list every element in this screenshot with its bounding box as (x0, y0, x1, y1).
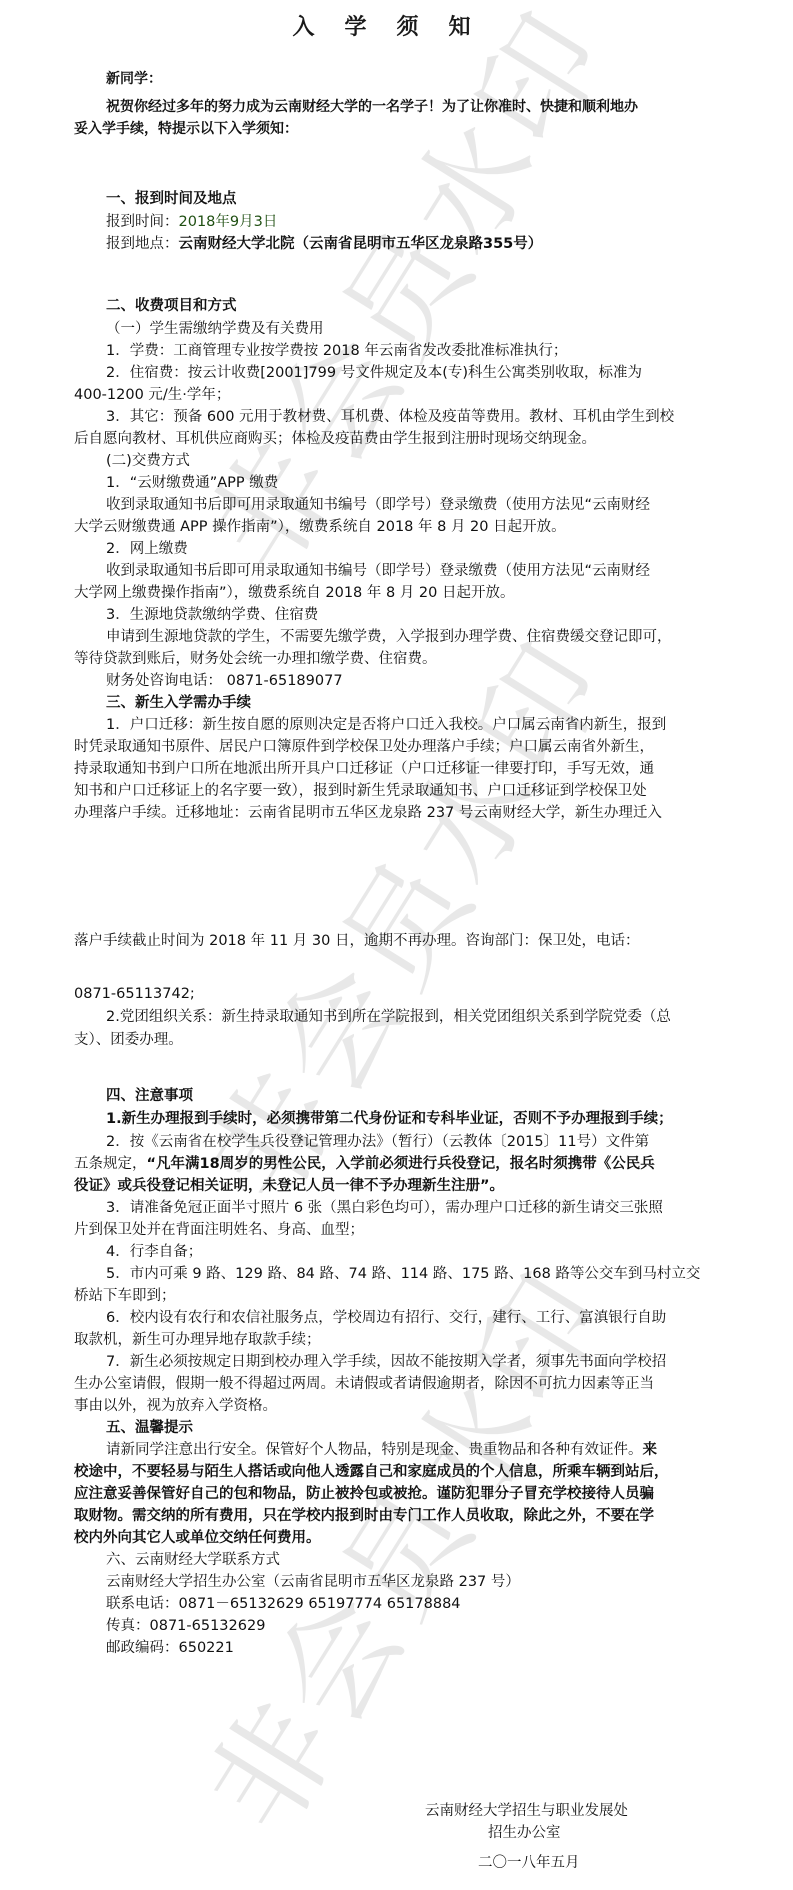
paragraph: 五条规定，“凡年满18周岁的男性公民，入学前必须进行兵役登记，报名时须携带《公民… (74, 1153, 724, 1175)
sub-heading: （一）学生需缴纳学费及有关费用 (106, 318, 756, 340)
emphasis-text: “凡年满18周岁的男性公民，入学前必须进行兵役登记，报名时须携带《公民兵 (147, 1156, 655, 1172)
paragraph: 大学云财缴费通 APP 操作指南”），缴费系统自 2018 年 8 月 20 日… (74, 516, 724, 538)
emphasis-text: 校内外向其它人或单位交纳任何费用。 (74, 1527, 724, 1549)
paragraph: 3．请准备免冠正面半寸照片 6 张（黑白彩色均可），需办理户口迁移的新生请交三张… (106, 1197, 756, 1219)
paragraph: 办理落户手续。迁移地址：云南省昆明市五华区龙泉路 237 号云南财经大学，新生办… (74, 802, 724, 824)
report-place-value: 云南财经大学北院（云南省昆明市五华区龙泉路355号） (179, 236, 543, 252)
emphasis-text: 校途中，不要轻易与陌生人搭话或向他人透露自己和家庭成员的个人信息，所乘车辆到站后… (74, 1461, 724, 1483)
paragraph: 1．“云财缴费通”APP 缴费 (106, 472, 756, 494)
paragraph: 3．其它：预备 600 元用于教材费、耳机费、体检及疫苗等费用。教材、耳机由学生… (106, 406, 756, 428)
intro-line: 祝贺你经过多年的努力成为云南财经大学的一名学子！为了让你准时、快捷和顺利地办 (106, 96, 756, 118)
report-place: 报到地点：云南财经大学北院（云南省昆明市五华区龙泉路355号） (106, 233, 756, 255)
paragraph: 2．住宿费：按云计收费[2001]799 号文件规定及本(专)科生公寓类别收取，… (106, 362, 756, 384)
document-page: 非会员水印 非会员水印 非会员水印 入学须知 新同学： 祝贺你经过多年的努力成为… (0, 0, 793, 1890)
contact-fax: 传真：0871-65132629 (106, 1615, 756, 1637)
paragraph: 持录取通知书到户口所在地派出所开具户口迁移证（户口迁移证一律要打印，手写无效，通 (74, 758, 724, 780)
signature-office: 招生办公室 (488, 1822, 793, 1844)
emphasis-text: 役证》或兵役登记相关证明，未登记人员一律不予办理新生注册”。 (74, 1175, 724, 1197)
paragraph: 2.党团组织关系：新生持录取通知书到所在学院报到，相关党团组织关系到学院党委（总 (106, 1006, 756, 1028)
greeting: 新同学： (106, 68, 756, 90)
text-span: 请新同学注意出行安全。保管好个人物品，特别是现金、贵重物品和各种有效证件。 (106, 1442, 643, 1458)
paragraph: 2．网上缴费 (106, 538, 756, 560)
section-heading: 四、注意事项 (106, 1085, 756, 1107)
section-heading: 五、温馨提示 (106, 1417, 756, 1439)
signature-date: 二〇一八年五月 (478, 1852, 793, 1874)
paragraph: 事由以外，视为放弃入学资格。 (74, 1395, 724, 1417)
paragraph: 取款机，新生可办理异地存取款手续； (74, 1329, 724, 1351)
paragraph: 1．户口迁移：新生按自愿的原则决定是否将户口迁入我校。户口属云南省内新生，报到 (106, 714, 756, 736)
paragraph: 支）、团委办理。 (74, 1029, 724, 1051)
signature-org: 云南财经大学招生与职业发展处 (425, 1800, 793, 1822)
paragraph: 后自愿向教材、耳机供应商购买；体检及疫苗费由学生报到注册时现场交纳现金。 (74, 428, 724, 450)
page-title: 入学须知 (0, 10, 793, 41)
contact-postcode: 邮政编码：650221 (106, 1637, 756, 1659)
paragraph: 收到录取通知书后即可用录取通知书编号（即学号）登录缴费（使用方法见“云南财经 (106, 560, 756, 582)
report-place-label: 报到地点： (106, 236, 179, 252)
contact-phone: 联系电话：0871－65132629 65197774 65178884 (106, 1593, 756, 1615)
paragraph: 收到录取通知书后即可用录取通知书编号（即学号）登录缴费（使用方法见“云南财经 (106, 494, 756, 516)
contact-office: 云南财经大学招生办公室（云南省昆明市五华区龙泉路 237 号） (106, 1571, 756, 1593)
paragraph: 时凭录取通知书原件、居民户口簿原件到学校保卫处办理落户手续；户口属云南省外新生， (74, 736, 724, 758)
paragraph: 片到保卫处并在背面注明姓名、身高、血型； (74, 1219, 724, 1241)
paragraph: 落户手续截止时间为 2018 年 11 月 30 日，逾期不再办理。咨询部门：保… (74, 930, 724, 952)
section-heading: 一、报到时间及地点 (106, 188, 756, 210)
paragraph: 知书和户口迁移证上的名字要一致），报到时新生凭录取通知书、户口迁移证到学校保卫处 (74, 780, 724, 802)
report-time-value: 2018年9月3日 (179, 214, 278, 230)
report-time-label: 报到时间： (106, 214, 179, 230)
section-heading: 三、新生入学需办手续 (106, 692, 756, 714)
paragraph: 等待贷款到账后，财务处会统一办理扣缴学费、住宿费。 (74, 648, 724, 670)
paragraph: 3．生源地贷款缴纳学费、住宿费 (106, 604, 756, 626)
text-span: 五条规定， (74, 1156, 147, 1172)
section-heading: 六、云南财经大学联系方式 (106, 1549, 756, 1571)
report-time: 报到时间：2018年9月3日 (106, 211, 756, 233)
sub-heading: (二)交费方式 (106, 450, 756, 472)
paragraph: 大学网上缴费操作指南”），缴费系统自 2018 年 8 月 20 日起开放。 (74, 582, 724, 604)
paragraph: 1．学费：工商管理专业按学费按 2018 年云南省发改委批准标准执行； (106, 340, 756, 362)
section-heading: 二、收费项目和方式 (106, 295, 756, 317)
emphasis-text: 应注意妥善保管好自己的包和物品，防止被拎包或被抢。谨防犯罪分子冒充学校接待人员骗 (74, 1483, 724, 1505)
intro-line: 妥入学手续，特提示以下入学须知： (74, 118, 724, 140)
paragraph: 1.新生办理报到手续时，必须携带第二代身份证和专科毕业证，否则不予办理报到手续； (106, 1108, 756, 1130)
paragraph: 2．按《云南省在校学生兵役登记管理办法》（暂行）（云教体〔2015〕11号）文件… (106, 1131, 756, 1153)
paragraph: 4．行李自备； (106, 1241, 756, 1263)
paragraph: 7．新生必须按规定日期到校办理入学手续，因故不能按期入学者，须事先书面向学校招 (106, 1351, 756, 1373)
paragraph: 400-1200 元/生·学年； (74, 384, 724, 406)
finance-phone: 财务处咨询电话： 0871-65189077 (106, 670, 756, 692)
paragraph: 请新同学注意出行安全。保管好个人物品，特别是现金、贵重物品和各种有效证件。来 (106, 1439, 756, 1461)
security-phone: 0871-65113742; (74, 983, 724, 1005)
paragraph: 6．校内设有农行和农信社服务点，学校周边有招行、交行，建行、工行、富滇银行自助 (106, 1307, 756, 1329)
emphasis-text: 取财物。需交纳的所有费用，只在学校内报到时由专门工作人员收取，除此之外，不要在学 (74, 1505, 724, 1527)
paragraph: 申请到生源地贷款的学生，不需要先缴学费，入学报到办理学费、住宿费缓交登记即可， (106, 626, 756, 648)
paragraph: 生办公室请假，假期一般不得超过两周。未请假或者请假逾期者，除因不可抗力因素等正当 (74, 1373, 724, 1395)
paragraph: 5．市内可乘 9 路、129 路、84 路、74 路、114 路、175 路、1… (106, 1263, 756, 1285)
emphasis-text: 来 (643, 1442, 658, 1458)
paragraph: 桥站下车即到； (74, 1285, 724, 1307)
